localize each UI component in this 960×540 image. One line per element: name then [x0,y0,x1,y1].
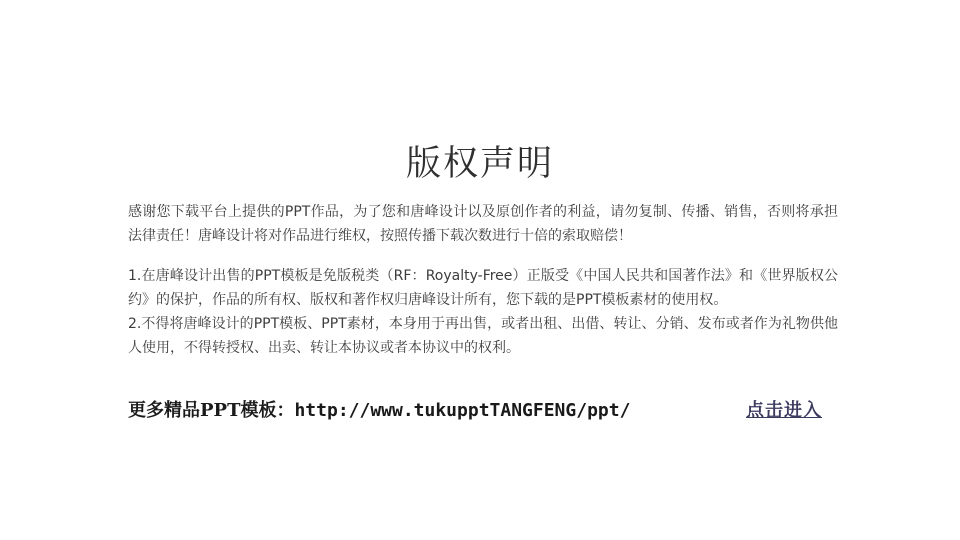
more-templates-line: 更多精品PPT模板：http://www.tukupptTANGFENG/ppt… [128,396,630,422]
copyright-slide: 版权声明 感谢您下载平台上提供的PPT作品，为了您和唐峰设计以及原创作者的利益，… [0,0,960,540]
term-item-1: 1.在唐峰设计出售的PPT模板是免版税类（RF：Royalty-Free）正版受… [128,264,838,312]
templates-url: http://www.tukupptTANGFENG/ppt/ [294,400,630,421]
copyright-body: 感谢您下载平台上提供的PPT作品，为了您和唐峰设计以及原创作者的利益，请勿复制、… [128,200,838,360]
term-item-2: 2.不得将唐峰设计的PPT模板、PPT素材，本身用于再出售，或者出租、出借、转让… [128,312,838,360]
page-title: 版权声明 [0,136,960,186]
more-templates-label: 更多精品PPT模板： [128,400,294,421]
footer-bar: 更多精品PPT模板：http://www.tukupptTANGFENG/ppt… [128,396,822,422]
intro-paragraph: 感谢您下载平台上提供的PPT作品，为了您和唐峰设计以及原创作者的利益，请勿复制、… [128,200,838,248]
enter-link[interactable]: 点击进入 [746,396,822,422]
